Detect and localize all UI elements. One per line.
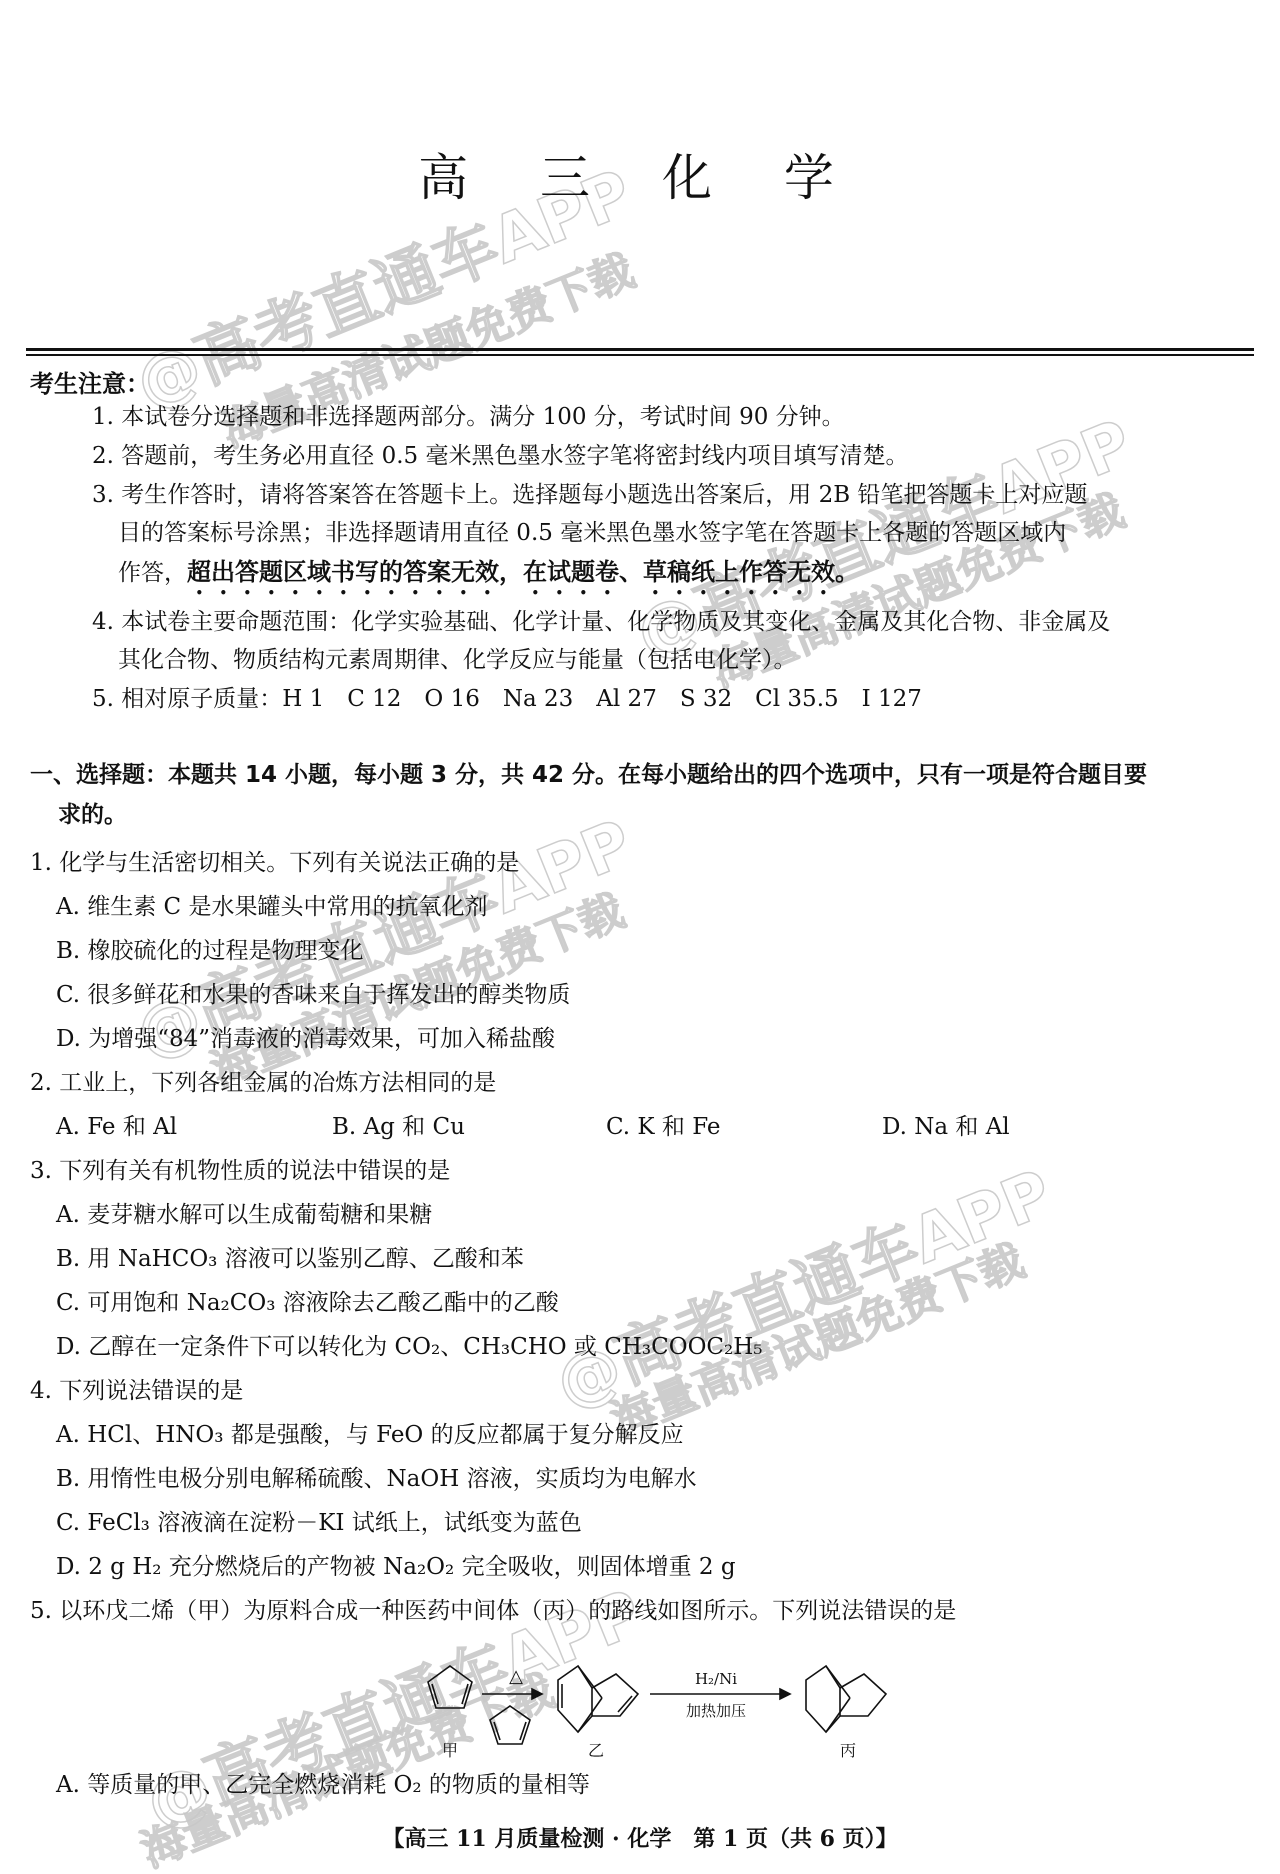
question-option: C. 可用饱和 Na₂CO₃ 溶液除去乙酸乙酯中的乙酸 <box>56 1288 559 1318</box>
question-option: C. 很多鲜花和水果的香味来自于挥发出的醇类物质 <box>56 980 570 1010</box>
page-title: 高 三 化 学 <box>0 138 1280 210</box>
notice-item: 2. 答题前，考生务必用直径 0.5 毫米黑色墨水签字笔将密封线内项目填写清楚。 <box>92 441 908 471</box>
header-divider <box>26 354 1254 356</box>
question-option: B. Ag 和 Cu <box>332 1112 465 1142</box>
question-option: A. 等质量的甲、乙完全燃烧消耗 O₂ 的物质的量相等 <box>56 1770 590 1800</box>
notice-item: 5. 相对原子质量：H 1 C 12 O 16 Na 23 Al 27 S 32… <box>92 684 922 714</box>
question-option: B. 用惰性电极分别电解稀硫酸、NaOH 溶液，实质均为电解水 <box>56 1464 697 1494</box>
section-heading: 求的。 <box>58 800 127 830</box>
exam-page: @高考直通车APP 海量高清试题免费下载 @高考直通车APP 海量高清试题免费下… <box>0 0 1280 1874</box>
svg-text:乙: 乙 <box>588 1741 604 1760</box>
section-heading: 一、选择题：本题共 14 小题，每小题 3 分，共 42 分。在每小题给出的四个… <box>30 760 1147 790</box>
header-divider <box>26 348 1254 351</box>
svg-text:丙: 丙 <box>840 1741 856 1760</box>
question-option: D. 为增强“84”消毒液的消毒效果，可加入稀盐酸 <box>56 1024 555 1054</box>
question-stem: 2. 工业上，下列各组金属的冶炼方法相同的是 <box>30 1068 496 1098</box>
question-option: C. K 和 Fe <box>606 1112 721 1142</box>
question-option: A. 维生素 C 是水果罐头中常用的抗氧化剂 <box>56 892 487 922</box>
page-footer: 【高三 11 月质量检测 · 化学 第 1 页（共 6 页）】 <box>0 1822 1280 1853</box>
dicyclopentadiene-icon <box>558 1666 592 1732</box>
question-option: B. 用 NaHCO₃ 溶液可以鉴别乙醇、乙酸和苯 <box>56 1244 524 1274</box>
notice-item: 目的答案标号涂黑；非选择题请用直径 0.5 毫米黑色墨水签字笔在答题卡上各题的答… <box>118 518 1066 548</box>
cyclopentadiene-icon <box>428 1666 472 1708</box>
question-option: B. 橡胶硫化的过程是物理变化 <box>56 936 364 966</box>
question-option: A. Fe 和 Al <box>56 1112 177 1142</box>
svg-text:加热加压: 加热加压 <box>686 1702 746 1720</box>
svg-text:甲: 甲 <box>442 1741 458 1760</box>
question-option: A. HCl、HNO₃ 都是强酸，与 FeO 的反应都属于复分解反应 <box>56 1420 684 1450</box>
question-option: D. 乙醇在一定条件下可以转化为 CO₂、CH₃CHO 或 CH₃COOC₂H₅ <box>56 1332 763 1362</box>
notice-heading: 考生注意： <box>30 364 150 399</box>
question-option: C. FeCl₃ 溶液滴在淀粉－KI 试纸上，试纸变为蓝色 <box>56 1508 582 1538</box>
notice-item: 作答，超出答题区域书写的答案无效，在试题卷、草稿纸上作答无效。 <box>118 557 859 600</box>
notice-item: 3. 考生作答时，请将答案答在答题卡上。选择题每小题选出答案后，用 2B 铅笔把… <box>92 480 1087 510</box>
notice-item-prefix: 作答， <box>118 560 187 586</box>
question-option: D. 2 g H₂ 充分燃烧后的产物被 Na₂O₂ 完全吸收，则固体增重 2 g <box>56 1552 736 1582</box>
question-stem: 1. 化学与生活密切相关。下列有关说法正确的是 <box>30 848 519 878</box>
watermark: @高考直通车APP <box>540 1142 1063 1425</box>
question-option: D. Na 和 Al <box>882 1112 1010 1142</box>
notice-item: 4. 本试卷主要命题范围：化学实验基础、化学计量、化学物质及其变化、金属及其化合… <box>92 607 1110 637</box>
question-stem: 3. 下列有关有机物性质的说法中错误的是 <box>30 1156 450 1186</box>
svg-text:H₂/Ni: H₂/Ni <box>695 1670 737 1688</box>
notice-item: 其化合物、物质结构元素周期律、化学反应与能量（包括电化学）。 <box>118 645 797 675</box>
question-option: A. 麦芽糖水解可以生成葡萄糖和果糖 <box>56 1200 432 1230</box>
question-stem: 4. 下列说法错误的是 <box>30 1376 243 1406</box>
notice-emphasis: 超出答题区域书写的答案无效，在试题卷、草稿纸上作答无效。 <box>187 558 859 586</box>
svg-text:△: △ <box>509 1666 523 1687</box>
tetrahydrodicyclopentadiene-icon <box>806 1666 840 1732</box>
reaction-scheme-diagram: △ H₂/Ni 加热加压 甲 乙 丙 <box>420 1652 900 1762</box>
question-stem: 5. 以环戊二烯（甲）为原料合成一种医药中间体（丙）的路线如图所示。下列说法错误… <box>30 1596 956 1626</box>
reaction-scheme-svg: △ H₂/Ni 加热加压 甲 乙 丙 <box>420 1652 900 1762</box>
notice-item: 1. 本试卷分选择题和非选择题两部分。满分 100 分，考试时间 90 分钟。 <box>92 402 845 432</box>
